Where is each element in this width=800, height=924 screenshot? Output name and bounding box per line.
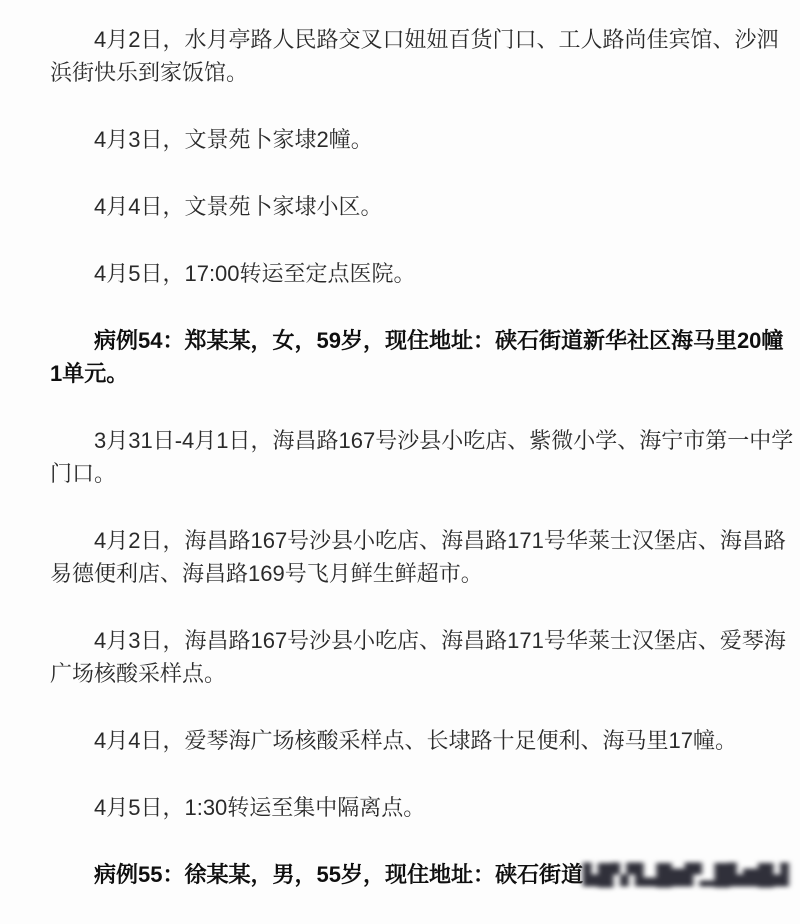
trajectory-paragraph-apr4: 4月4日，文景苑卜家埭小区。 — [50, 190, 794, 223]
redacted-address: ▙█▚▜▃█▆▛▂█▙▆█▟ — [583, 859, 787, 889]
trajectory-paragraph-apr5: 4月5日，17:00转运至定点医院。 — [50, 257, 794, 290]
trajectory-paragraph-apr3: 4月3日，文景苑卜家埭2幢。 — [50, 123, 794, 156]
case55-prefix: 病例55：徐某某，男，55岁，现住地址：硖石街道 — [94, 862, 583, 887]
trajectory-paragraph-apr2: 4月2日，水月亭路人民路交叉口妞妞百货门口、工人路尚佳宾馆、沙泗浜街快乐到家饭馆… — [50, 23, 794, 89]
trajectory-paragraph-mar31-apr1: 3月31日-4月1日，海昌路167号沙县小吃店、紫微小学、海宁市第一中学门口。 — [50, 424, 794, 490]
case54-header: 病例54：郑某某，女，59岁，现住地址：硖石街道新华社区海马里20幢1单元。 — [50, 324, 794, 390]
trajectory-paragraph-apr3-case54: 4月3日，海昌路167号沙县小吃店、海昌路171号华莱士汉堡店、爱琴海广场核酸采… — [50, 624, 794, 690]
case-trajectory-document: 4月2日，水月亭路人民路交叉口妞妞百货门口、工人路尚佳宾馆、沙泗浜街快乐到家饭馆… — [0, 0, 800, 924]
trajectory-paragraph-apr2-case54: 4月2日，海昌路167号沙县小吃店、海昌路171号华莱士汉堡店、海昌路易德便利店… — [50, 524, 794, 590]
case55-header: 病例55：徐某某，男，55岁，现住地址：硖石街道▙█▚▜▃█▆▛▂█▙▆█▟ — [50, 858, 794, 891]
trajectory-paragraph-apr4-case54: 4月4日，爱琴海广场核酸采样点、长埭路十足便利、海马里17幢。 — [50, 724, 794, 757]
trajectory-paragraph-apr5-case54: 4月5日，1:30转运至集中隔离点。 — [50, 791, 794, 824]
